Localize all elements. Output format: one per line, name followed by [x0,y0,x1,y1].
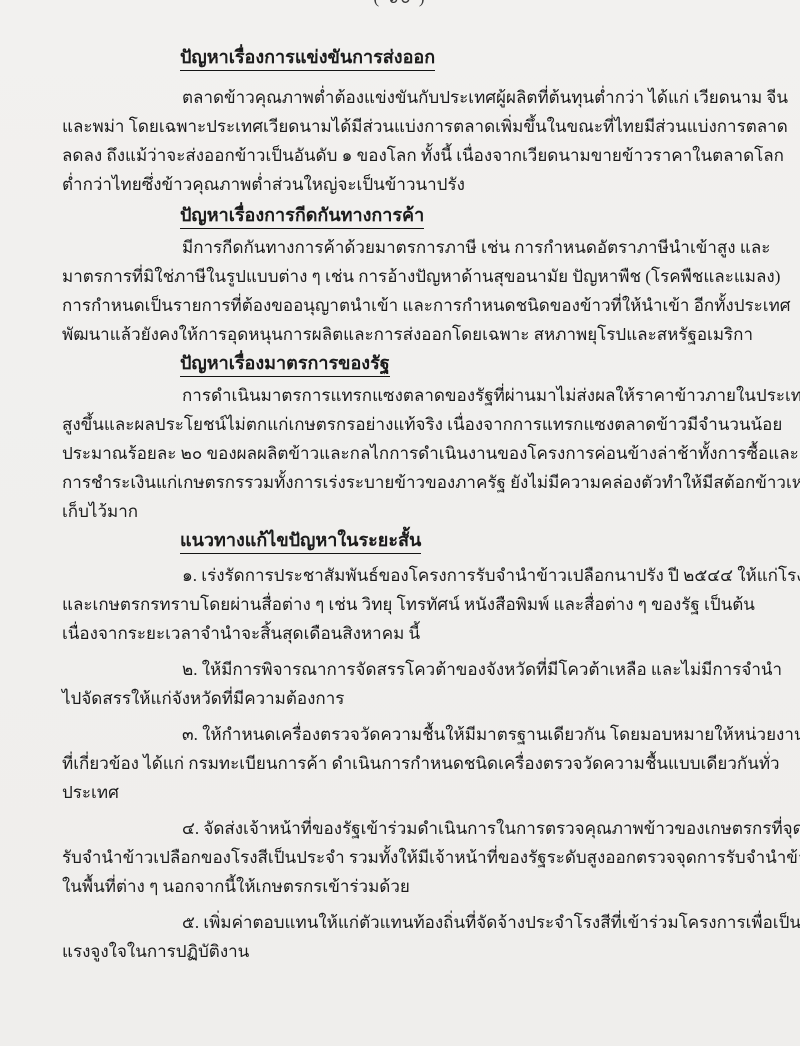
text-line: ต่ำกว่าไทยซึ่งข้าวคุณภาพต่ำส่วนใหญ่จะเป็… [62,170,752,199]
section-trade-barriers: ปัญหาเรื่องการกีดกันทางการค้า มีการกีดกั… [62,202,752,349]
text-line: พัฒนาแล้วยังคงให้การอุดหนุนการผลิตและการ… [62,320,752,349]
text-line: ประเทศ [62,778,752,807]
text-line: การชำระเงินแก่เกษตรกรรวมทั้งการเร่งระบาย… [62,468,752,497]
text-line: ๑. เร่งรัดการประชาสัมพันธ์ของโครงการรับจ… [62,561,752,590]
text-line: แรงจูงใจในการปฏิบัติงาน [62,937,752,966]
text-line: ไปจัดสรรให้แก่จังหวัดที่มีความต้องการ [62,684,752,713]
paragraph: มีการกีดกันทางการค้าด้วยมาตรการภาษี เช่น… [62,233,752,349]
paragraph: การดำเนินมาตรการแทรกแซงตลาดของรัฐที่ผ่าน… [62,381,752,526]
page-number: ( ๖๐ ) [374,0,427,11]
numbered-item-4: ๔. จัดส่งเจ้าหน้าที่ของรัฐเข้าร่วมดำเนิน… [62,814,752,901]
section-heading: ปัญหาเรื่องมาตรการของรัฐ [180,350,390,377]
numbered-item-2: ๒. ให้มีการพิจารณาการจัดสรรโควต้าของจังห… [62,655,752,713]
scanned-document-page: ( ๖๐ ) ปัญหาเรื่องการแข่งขันการส่งออก ตล… [0,0,800,1046]
text-line: ๕. เพิ่มค่าตอบแทนให้แก่ตัวแทนท้องถิ่นที่… [62,908,752,937]
text-line: ในพื้นที่ต่าง ๆ นอกจากนี้ให้เกษตรกรเข้าร… [62,872,752,901]
text-line: เนื่องจากระยะเวลาจำนำจะสิ้นสุดเดือนสิงหา… [62,619,752,648]
numbered-item-3: ๓. ให้กำหนดเครื่องตรวจวัดความชื้นให้มีมา… [62,720,752,807]
section-heading: แนวทางแก้ไขปัญหาในระยะสั้น [180,527,421,554]
text-line: ๓. ให้กำหนดเครื่องตรวจวัดความชื้นให้มีมา… [62,720,752,749]
numbered-item-5: ๕. เพิ่มค่าตอบแทนให้แก่ตัวแทนท้องถิ่นที่… [62,908,752,966]
text-line: ๔. จัดส่งเจ้าหน้าที่ของรัฐเข้าร่วมดำเนิน… [62,814,752,843]
text-line: การกำหนดเป็นรายการที่ต้องขออนุญาตนำเข้า … [62,291,752,320]
section-government-measures: ปัญหาเรื่องมาตรการของรัฐ การดำเนินมาตรกา… [62,350,752,526]
section-short-term-solutions: แนวทางแก้ไขปัญหาในระยะสั้น ๑. เร่งรัดการ… [62,527,752,966]
text-line: การดำเนินมาตรการแทรกแซงตลาดของรัฐที่ผ่าน… [62,381,752,410]
text-line: และเกษตรกรทราบโดยผ่านสื่อต่าง ๆ เช่น วิท… [62,590,752,619]
text-line: มาตรการที่มิใช่ภาษีในรูปแบบต่าง ๆ เช่น ก… [62,262,752,291]
section-export-competition: ปัญหาเรื่องการแข่งขันการส่งออก ตลาดข้าวค… [62,44,752,199]
text-line: สูงขึ้นและผลประโยชน์ไม่ตกแก่เกษตรกรอย่าง… [62,410,752,439]
paragraph: ตลาดข้าวคุณภาพต่ำต้องแข่งขันกับประเทศผู้… [62,83,752,199]
text-line: รับจำนำข้าวเปลือกของโรงสีเป็นประจำ รวมทั… [62,843,752,872]
document-body: ปัญหาเรื่องการแข่งขันการส่งออก ตลาดข้าวค… [62,44,752,966]
section-heading: ปัญหาเรื่องการกีดกันทางการค้า [180,202,424,229]
text-line: ลดลง ถึงแม้ว่าจะส่งออกข้าวเป็นอันดับ ๑ ข… [62,141,752,170]
text-line: ๒. ให้มีการพิจารณาการจัดสรรโควต้าของจังห… [62,655,752,684]
text-line: และพม่า โดยเฉพาะประเทศเวียดนามได้มีส่วนแ… [62,112,752,141]
text-line: เก็บไว้มาก [62,497,752,526]
text-line: มีการกีดกันทางการค้าด้วยมาตรการภาษี เช่น… [62,233,752,262]
text-line: ที่เกี่ยวข้อง ได้แก่ กรมทะเบียนการค้า ดำ… [62,749,752,778]
text-line: ประมาณร้อยละ ๒๐ ของผลผลิตข้าวและกลไกการด… [62,439,752,468]
numbered-item-1: ๑. เร่งรัดการประชาสัมพันธ์ของโครงการรับจ… [62,561,752,648]
text-line: ตลาดข้าวคุณภาพต่ำต้องแข่งขันกับประเทศผู้… [62,83,752,112]
section-heading: ปัญหาเรื่องการแข่งขันการส่งออก [180,44,435,71]
